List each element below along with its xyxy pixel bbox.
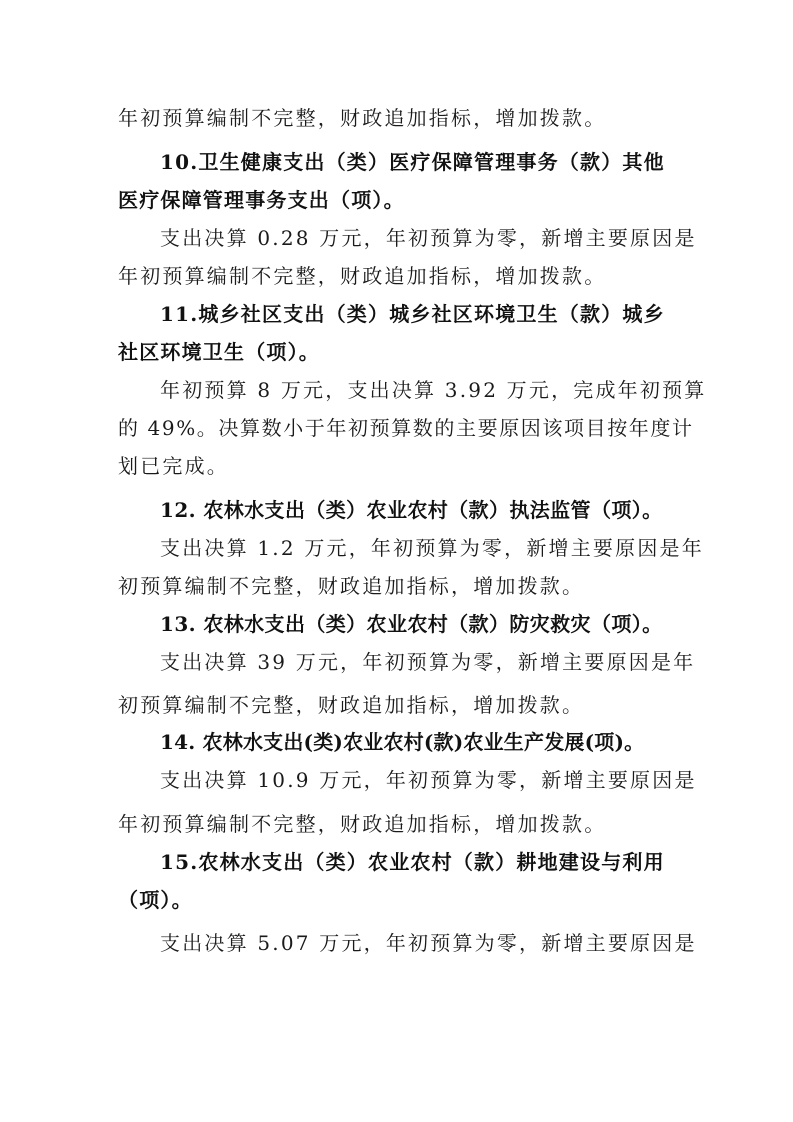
section-heading-11-cont: 社区环境卫生（项）。 [118,339,678,365]
body-text-line: 年初预算编制不完整，财政追加指标，增加拨款。 [118,263,678,289]
body-text-line: 的 49%。决算数小于年初预算数的主要原因该项目按年度计 [118,415,678,441]
body-text-line: 支出决算 0.28 万元，年初预算为零，新增主要原因是 [160,225,720,251]
section-heading-13: 13. 农林水支出（类）农业农村（款）防灾救灾（项）。 [160,611,720,637]
body-text-line: 初预算编制不完整，财政追加指标，增加拨款。 [118,692,678,718]
section-heading-15-cont: （项）。 [118,887,678,913]
body-text-line: 年初预算编制不完整，财政追加指标，增加拨款。 [118,811,678,837]
section-heading-11: 11.城乡社区支出（类）城乡社区环境卫生（款）城乡 [160,301,720,327]
body-text-line: 初预算编制不完整，财政追加指标，增加拨款。 [118,573,678,599]
body-text-line: 年初预算 8 万元，支出决算 3.92 万元，完成年初预算 [160,377,720,403]
body-text-line: 支出决算 5.07 万元，年初预算为零，新增主要原因是 [160,930,720,956]
body-text-line: 支出决算 1.2 万元，年初预算为零，新增主要原因是年 [160,535,720,561]
section-heading-15: 15.农林水支出（类）农业农村（款）耕地建设与利用 [160,849,720,875]
document-page: 年初预算编制不完整，财政追加指标，增加拨款。 10.卫生健康支出（类）医疗保障管… [0,0,793,1122]
section-heading-10: 10.卫生健康支出（类）医疗保障管理事务（款）其他 [160,149,720,175]
body-text-line: 划已完成。 [118,453,678,479]
section-heading-10-cont: 医疗保障管理事务支出（项）。 [118,187,678,213]
section-heading-12: 12. 农林水支出（类）农业农村（款）执法监管（项）。 [160,497,720,523]
body-text-line: 支出决算 10.9 万元，年初预算为零，新增主要原因是 [160,767,720,793]
body-text-line: 支出决算 39 万元，年初预算为零，新增主要原因是年 [160,649,720,675]
body-text-line: 年初预算编制不完整，财政追加指标，增加拨款。 [118,105,678,131]
section-heading-14: 14. 农林水支出(类)农业农村(款)农业生产发展(项)。 [160,729,720,755]
